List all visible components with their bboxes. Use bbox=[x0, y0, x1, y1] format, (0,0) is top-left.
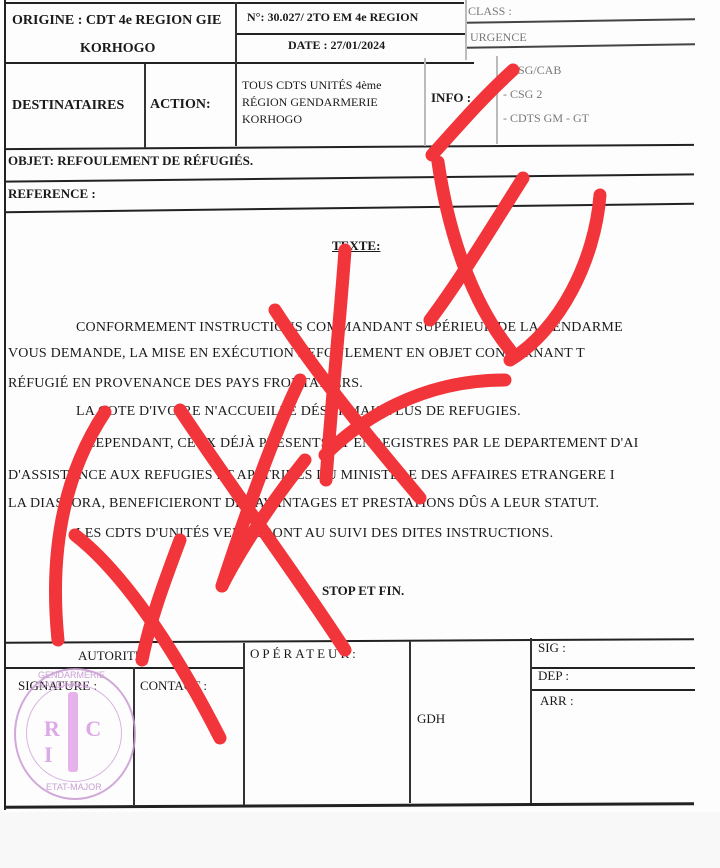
action-line: KORHOGO bbox=[242, 111, 381, 128]
contact-label: CONTACT : bbox=[140, 678, 207, 694]
class-label: CLASS : bbox=[468, 4, 512, 19]
divider bbox=[4, 173, 694, 182]
divider bbox=[243, 643, 245, 805]
divider bbox=[4, 62, 474, 64]
message-date: DATE : 27/01/2024 bbox=[288, 38, 385, 53]
urgence-label: URGENCE bbox=[470, 30, 527, 45]
info-item: - CSG 2 bbox=[503, 82, 589, 106]
operateur-label: OPÉRATEUR: bbox=[250, 646, 359, 662]
divider bbox=[530, 638, 532, 803]
divider bbox=[530, 689, 695, 691]
body-line: CONFORMEMENT INSTRUCTIONS COMMANDANT SUP… bbox=[76, 320, 623, 336]
divider bbox=[4, 802, 694, 808]
autorite-label: AUTORITE bbox=[78, 648, 143, 664]
body-line: CEPENDANT, CEUX DÉJÀ PRÉSENTS ET ENREGIS… bbox=[86, 436, 639, 452]
divider bbox=[424, 58, 426, 146]
document-page: ORIGINE : CDT 4e REGION GIE KORHOGO N°: … bbox=[0, 0, 720, 868]
reference-line: REFERENCE : bbox=[8, 186, 96, 202]
stamp-bottom-text: ETAT-MAJOR bbox=[46, 782, 102, 792]
letter-e-stroke bbox=[430, 178, 523, 320]
body-line: LA DIASPORA, BENEFICIERONT DES AVANTAGES… bbox=[8, 496, 599, 512]
closing-line: STOP ET FIN. bbox=[322, 583, 404, 599]
info-item: - CDTS GM - GT bbox=[503, 106, 589, 130]
body-line: LES CDTS D'UNITÉS VEILLERONT AU SUIVI DE… bbox=[76, 526, 553, 542]
divider bbox=[496, 56, 498, 144]
divider bbox=[144, 64, 146, 148]
sig-label: SIG : bbox=[538, 640, 566, 656]
body-line: VOUS DEMANDE, LA MISE EN EXÉCUTION REFOU… bbox=[8, 346, 585, 362]
arr-label: ARR : bbox=[540, 693, 574, 709]
divider bbox=[4, 667, 244, 669]
letter-e-stroke bbox=[432, 70, 513, 155]
origine-city: KORHOGO bbox=[80, 41, 155, 57]
info-item: - CSG/CAB bbox=[503, 58, 589, 82]
gdh-label: GDH bbox=[417, 711, 445, 727]
dep-label: DEP : bbox=[538, 668, 569, 684]
divider bbox=[4, 203, 694, 213]
divider bbox=[235, 33, 465, 35]
action-line: RÉGION GENDARMERIE bbox=[242, 94, 381, 111]
page-left-border bbox=[4, 0, 6, 810]
info-recipients: - CSG/CAB - CSG 2 - CDTS GM - GT bbox=[503, 58, 589, 130]
page-margin bbox=[0, 812, 720, 868]
destinataires-label: DESTINATAIRES bbox=[12, 98, 124, 114]
objet-line: OBJET: REFOULEMENT DE RÉFUGIÉS. bbox=[8, 153, 253, 169]
divider bbox=[4, 144, 694, 150]
info-label: INFO : bbox=[431, 90, 471, 106]
divider bbox=[4, 2, 464, 4]
official-stamp: R C I GENDARMERIE NATIONALE ETAT-MAJOR bbox=[14, 668, 136, 800]
origine-label: ORIGINE : CDT 4e REGION GIE bbox=[12, 13, 221, 29]
body-line: LA COTE D'IVOIRE N'ACCUEILLE DÉSORMAIS P… bbox=[76, 404, 521, 420]
divider bbox=[235, 2, 237, 62]
action-recipients: TOUS CDTS UNITÉS 4ème RÉGION GENDARMERIE… bbox=[242, 77, 381, 128]
body-line: D'ASSISTANCE AUX REFUGIES ET APATRIDES D… bbox=[8, 468, 615, 484]
stamp-center-text: R C I bbox=[44, 716, 134, 768]
body-line: RÉFUGIÉ EN PROVENANCE DES PAYS FRONTALIE… bbox=[8, 376, 363, 392]
divider bbox=[465, 0, 467, 60]
texte-heading: TEXTE: bbox=[332, 238, 380, 254]
action-label: ACTION: bbox=[150, 97, 211, 113]
divider bbox=[409, 641, 411, 803]
divider bbox=[4, 638, 694, 643]
message-number: N°: 30.027/ 2TO EM 4e REGION bbox=[247, 10, 418, 25]
divider bbox=[235, 62, 237, 146]
action-line: TOUS CDTS UNITÉS 4ème bbox=[242, 77, 381, 94]
stamp-top-text: GENDARMERIE NATIONALE bbox=[38, 670, 134, 690]
